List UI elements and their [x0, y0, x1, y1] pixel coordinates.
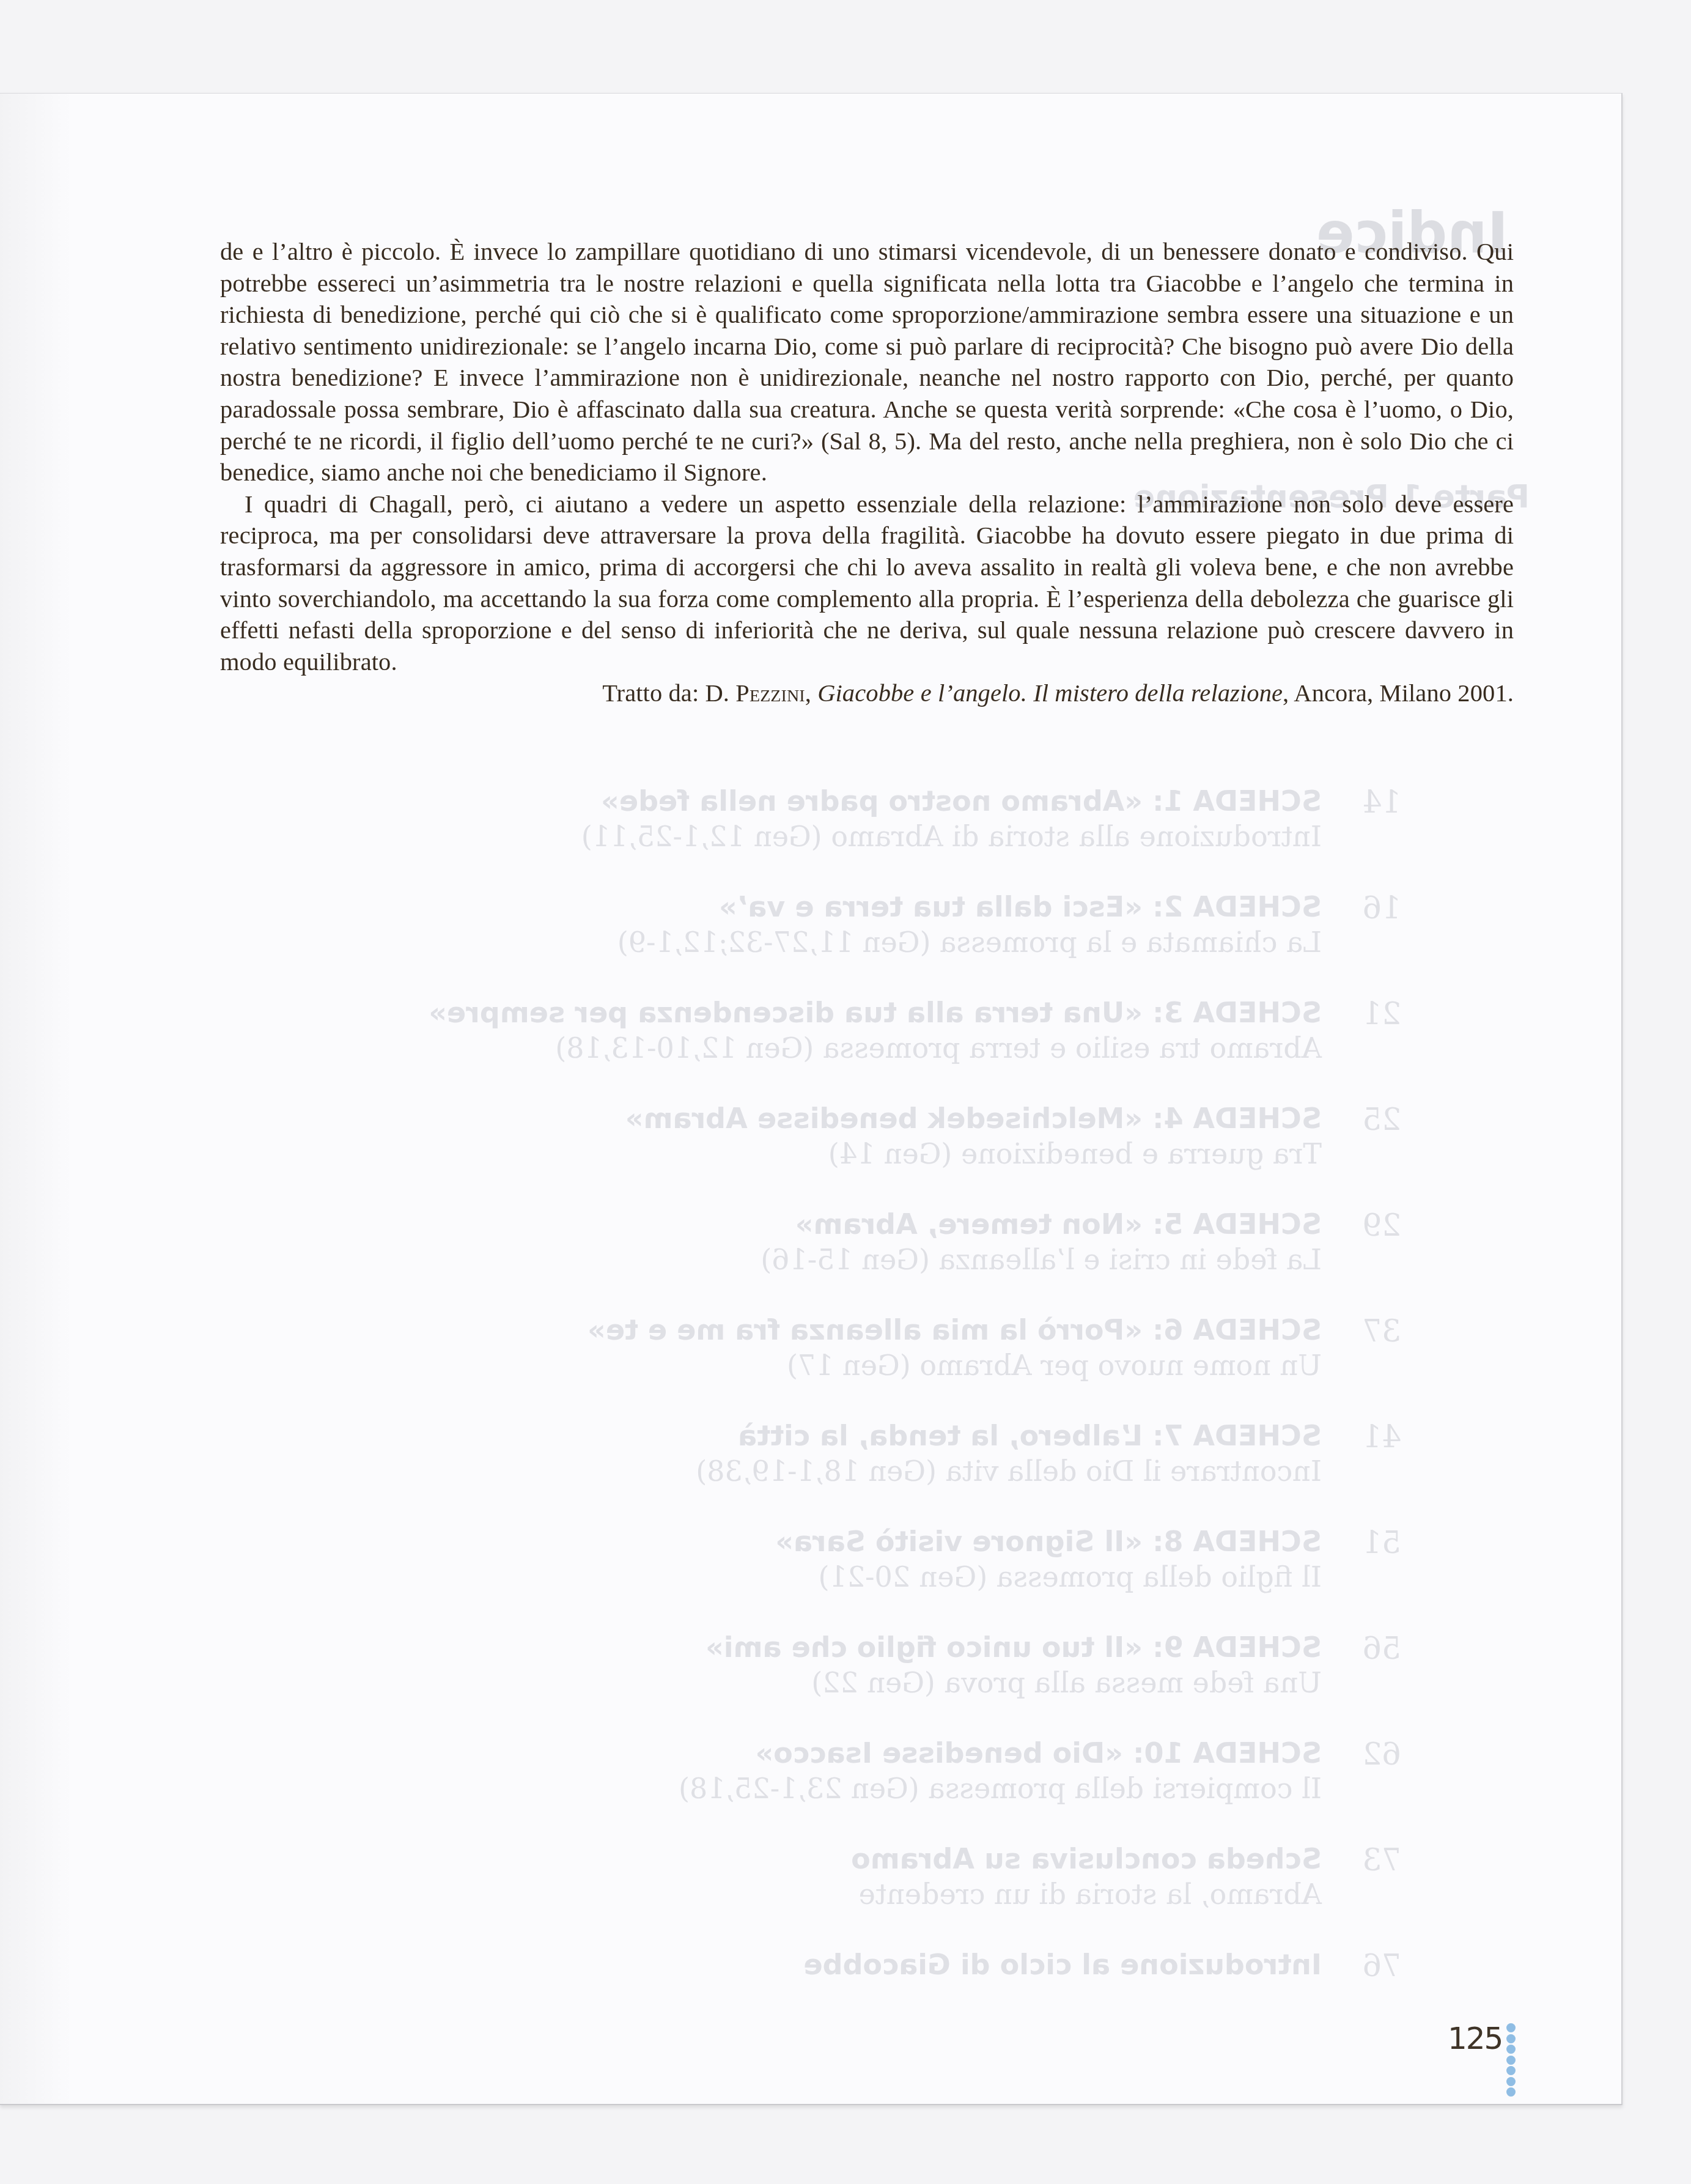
- bleed-toc-subtitle: Una fede messa alla prova (Gen 22): [811, 1666, 1322, 1699]
- source-citation: Tratto da: D. Pezzini, Giacobbe e l’ange…: [220, 677, 1514, 709]
- bleed-toc-title: SCHEDA 4: «Melchisedek benedisse Abram»: [625, 1102, 1322, 1135]
- dot-icon: [1506, 2023, 1516, 2032]
- dot-icon: [1506, 2066, 1516, 2075]
- bleed-toc-page: 21: [1362, 996, 1401, 1031]
- bleed-toc-page: 16: [1362, 890, 1401, 926]
- citation-prefix: Tratto da: D.: [602, 679, 735, 707]
- bleed-toc-subtitle: Il compiersi della promessa (Gen 23,1-25…: [679, 1772, 1322, 1805]
- bleed-toc-title: SCHEDA 7: L’albero, la tenda, la città: [738, 1419, 1322, 1452]
- bleed-toc-subtitle: Tra guerra e benedizione (Gen 14): [828, 1137, 1322, 1170]
- bleed-toc-title: SCHEDA 1: «Abramo nostro padre nella fed…: [601, 784, 1322, 817]
- bleed-toc-page: 37: [1362, 1313, 1401, 1349]
- bleed-toc-page: 56: [1362, 1631, 1401, 1666]
- bleed-toc-page: 41: [1362, 1419, 1401, 1455]
- citation-title: Giacobbe e l’angelo. Il mistero della re…: [817, 679, 1283, 707]
- bleed-toc-subtitle: Incontrare il Dio della vita (Gen 18,1-1…: [696, 1455, 1322, 1488]
- bleed-toc-subtitle: La chiamata e la promessa (Gen 11,27-32;…: [617, 926, 1322, 959]
- bleed-toc-subtitle: Abramo tra esilio e terra promessa (Gen …: [555, 1031, 1322, 1064]
- bleed-toc-title: Scheda conclusiva su Abramo: [851, 1842, 1322, 1875]
- bleed-toc-subtitle: Un nome nuovo per Abramo (Gen 17): [787, 1349, 1322, 1382]
- bleed-toc-page: 62: [1362, 1736, 1401, 1772]
- bleed-toc-title: SCHEDA 3: «Una terra alla tua discendenz…: [429, 996, 1322, 1029]
- binding-shadow: [0, 94, 73, 2104]
- dot-icon: [1506, 2034, 1516, 2043]
- bleed-toc-title: Introduzione al ciclo di Giacobbe: [803, 1948, 1322, 1981]
- page-number: 125: [1448, 2021, 1502, 2056]
- dot-icon: [1506, 2077, 1516, 2086]
- citation-author: Pezzini: [735, 679, 805, 707]
- dot-icon: [1506, 2056, 1516, 2065]
- bleed-toc-title: SCHEDA 6: «Porrò la mia alleanza fra me …: [588, 1313, 1322, 1346]
- bleed-toc-subtitle: Introduzione alla storia di Abramo (Gen …: [581, 820, 1322, 853]
- bleed-toc-subtitle: Abramo, la storia di un credente: [858, 1878, 1322, 1911]
- bleed-toc-title: SCHEDA 10: «Dio benedisse Isacco»: [756, 1736, 1322, 1769]
- dot-icon: [1506, 2045, 1516, 2054]
- citation-sep: ,: [805, 679, 817, 707]
- bleed-toc-title: SCHEDA 8: «Il Signore visitò Sara»: [775, 1525, 1322, 1558]
- bleed-toc-page: 76: [1362, 1948, 1401, 1983]
- body-text: de e l’altro è piccolo. È invece lo zamp…: [220, 236, 1514, 709]
- bleed-toc-subtitle: La fede in crisi e l’alleanza (Gen 15-16…: [761, 1243, 1322, 1276]
- bleed-toc-subtitle: Il figlio della promessa (Gen 20-21): [819, 1560, 1322, 1593]
- bleed-toc-title: SCHEDA 2: «Esci dalla tua terra e va’»: [719, 890, 1322, 923]
- bleed-toc-title: SCHEDA 9: «Il tuo unico figlio che ami»: [706, 1631, 1322, 1664]
- paragraph-1: de e l’altro è piccolo. È invece lo zamp…: [220, 236, 1514, 489]
- dot-icon: [1506, 2087, 1516, 2097]
- bleed-toc-title: SCHEDA 5: «Non temere, Abram»: [795, 1208, 1322, 1241]
- citation-suffix: , Ancora, Milano 2001.: [1283, 679, 1514, 707]
- bleed-toc-page: 25: [1362, 1102, 1401, 1137]
- bleed-toc-page: 51: [1362, 1525, 1401, 1560]
- bleed-toc-page: 73: [1362, 1842, 1401, 1878]
- decorative-dots: [1506, 2023, 1519, 2098]
- book-page: Indice Parte 1 Presentazione 14SCHEDA 1:…: [0, 93, 1623, 2105]
- bleed-toc-page: 29: [1362, 1208, 1401, 1243]
- bleed-toc-page: 14: [1362, 784, 1401, 820]
- paragraph-2: I quadri di Chagall, però, ci aiutano a …: [220, 489, 1514, 678]
